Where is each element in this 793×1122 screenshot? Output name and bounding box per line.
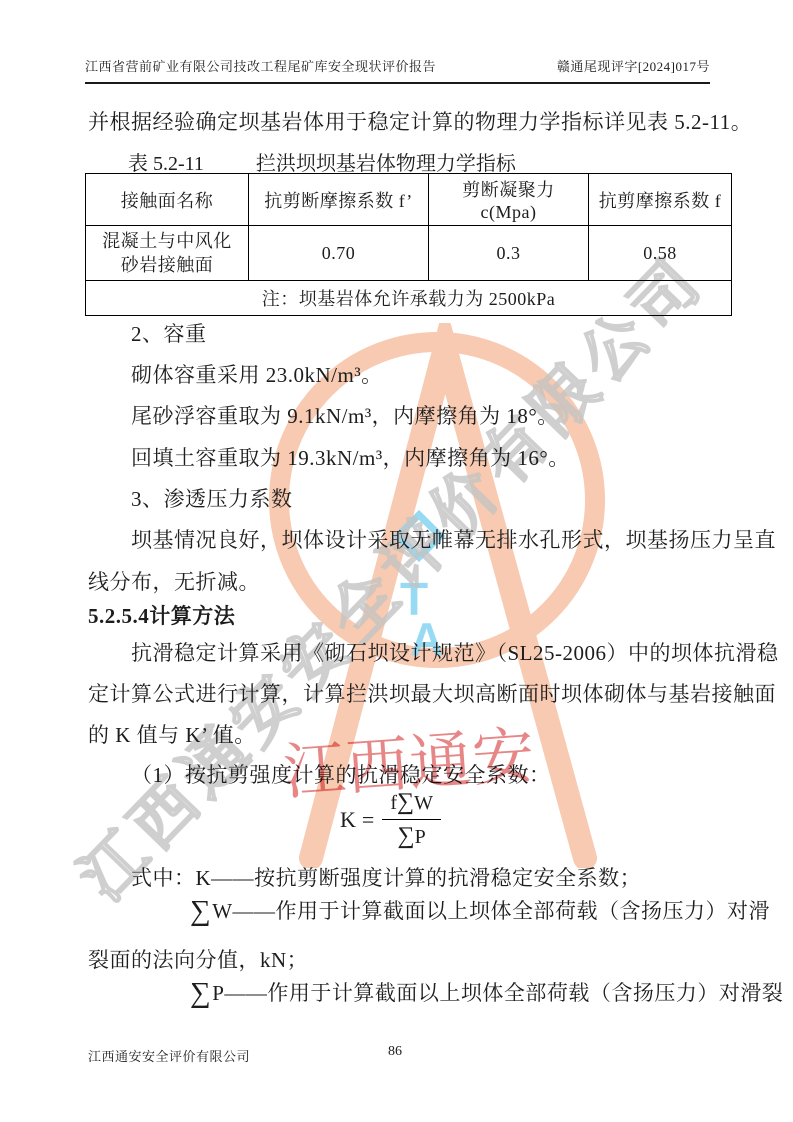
header-cell-f-prime: 抗剪断摩擦系数 f’ <box>249 174 429 226</box>
sigma-p-text: ——作用于计算截面以上坝体全部荷载（含扬压力）对滑裂 <box>224 981 783 1005</box>
table-data-row: 混凝土与中风化 砂岩接触面 0.70 0.3 0.58 <box>86 226 732 281</box>
page-header: 江西省营前矿业有限公司技改工程尾矿库安全现状评价报告 赣通尾现评字[2024]0… <box>85 56 710 84</box>
seepage-line-2: 线分布，无折减。 <box>88 566 260 596</box>
header-cell-contact: 接触面名称 <box>86 174 249 226</box>
cell-f-prime-value: 0.70 <box>249 226 429 281</box>
item2-heading: 2、容重 <box>131 318 207 348</box>
tailings-unit-weight-line: 尾砂浮容重取为 9.1kN/m³，内摩擦角为 18°。 <box>131 400 559 430</box>
header-report-title: 江西省营前矿业有限公司技改工程尾矿库安全现状评价报告 <box>85 56 436 75</box>
method-line-1: 抗滑稳定计算采用《砌石坝设计规范》（SL25-2006）中的坝体抗滑稳 <box>131 637 779 667</box>
table-caption-label: 表 5.2-11 <box>128 153 204 175</box>
method-line-3: 的 K 值与 K’ 值。 <box>88 719 256 749</box>
table-note-row: 注：坝基岩体允许承载力为 2500kPa <box>86 281 732 316</box>
formula-lhs: K <box>340 807 356 833</box>
footer-company-name: 江西通安安全评价有限公司 <box>88 1046 250 1065</box>
where-line: 式中：K——按抗剪断强度计算的抗滑稳定安全系数； <box>131 862 641 892</box>
rock-mass-indicator-table: 接触面名称 抗剪断摩擦系数 f’ 剪断凝聚力 c(Mpa) 抗剪摩擦系数 f 混… <box>85 173 732 316</box>
intro-paragraph: 并根据经验确定坝基岩体用于稳定计算的物理力学指标详见表 5.2-11。 <box>88 106 752 136</box>
seepage-line-1: 坝基情况良好，坝体设计采取无帷幕无排水孔形式，坝基扬压力呈直 <box>131 524 776 554</box>
table-note: 注：坝基岩体允许承载力为 2500kPa <box>86 281 732 316</box>
sigma-w-continuation: 裂面的法向分值，kN； <box>88 944 308 974</box>
red-brand-watermark: 江西通安 <box>280 705 538 811</box>
sigma-p-definition: ∑P——作用于计算截面以上坝体全部荷载（含扬压力）对滑裂 <box>190 975 783 1008</box>
w-symbol: W <box>212 899 232 923</box>
header-cell-f: 抗剪摩擦系数 f <box>589 174 732 226</box>
table-caption: 表 5.2-11拦洪坝坝基岩体物理力学指标 <box>128 147 516 176</box>
sigma-symbol: ∑ <box>190 977 211 1009</box>
table-header-row: 接触面名称 抗剪断摩擦系数 f’ 剪断凝聚力 c(Mpa) 抗剪摩擦系数 f <box>86 174 732 226</box>
header-doc-number: 赣通尾现评字[2024]017号 <box>557 56 710 75</box>
cell-cohesion-value: 0.3 <box>429 226 589 281</box>
method-line-2: 定计算公式进行计算，计算拦洪坝最大坝高断面时坝体砌体与基岩接触面 <box>88 678 776 708</box>
sigma-symbol: ∑ <box>190 895 211 927</box>
sigma-w-text: ——作用于计算截面以上坝体全部荷载（含扬压力）对滑 <box>233 899 771 923</box>
formula-denominator: ∑P <box>398 820 426 850</box>
masonry-unit-weight-line: 砌体容重采用 23.0kN/m³。 <box>131 359 383 389</box>
header-cell-cohesion: 剪断凝聚力 c(Mpa) <box>429 174 589 226</box>
formula-equals: = <box>362 807 374 833</box>
backfill-unit-weight-line: 回填土容重取为 19.3kN/m³，内摩擦角为 16°。 <box>131 442 570 472</box>
sigma-w-definition: ∑W——作用于计算截面以上坝体全部荷载（含扬压力）对滑 <box>190 893 770 926</box>
section-5254-heading: 5.2.5.4计算方法 <box>88 600 235 630</box>
table-caption-title: 拦洪坝坝基岩体物理力学指标 <box>256 153 516 175</box>
cell-contact-name: 混凝土与中风化 砂岩接触面 <box>86 226 249 281</box>
p-symbol: P <box>212 981 224 1005</box>
footer-page-number: 86 <box>388 1044 402 1060</box>
document-page: T A 江西通安安全评价有限公司 江西通安 江西省营前矿业有限公司技改工程尾矿库… <box>0 0 793 1122</box>
cell-f-value: 0.58 <box>589 226 732 281</box>
item3-heading: 3、渗透压力系数 <box>131 483 293 513</box>
